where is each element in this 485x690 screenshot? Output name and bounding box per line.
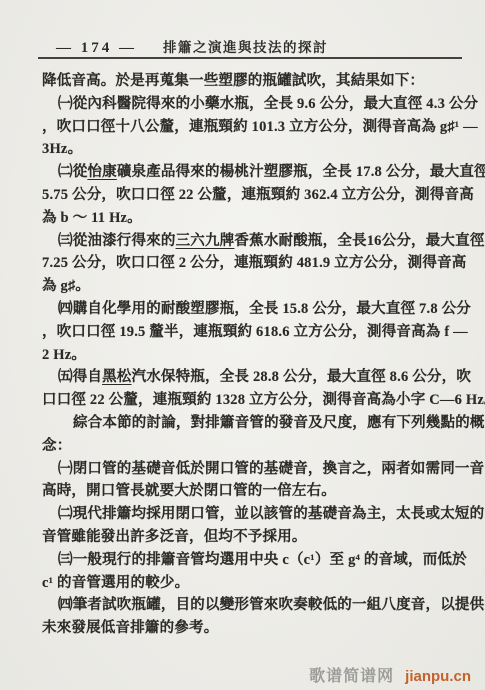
text-segment: 為 b ～ 11 Hz。 (42, 210, 142, 226)
watermark-site-url: jianpu.cn (405, 668, 471, 685)
text-segment: ，吹口口徑十八公釐，連瓶頸約 101.3 立方公分，測得音高為 g♯¹ — (42, 119, 478, 135)
text-line: ㈢一般現行的排簫音管均選用中央 c（c¹）至 g⁴ 的音域，而低於 (42, 549, 454, 572)
page-header: — 174 — 排簫之演進與技法的探討 (56, 36, 461, 57)
text-line: c¹ 的音管選用的較少。 (42, 572, 454, 595)
text-segment: 音管雖能發出許多泛音，但均不予採用。 (42, 529, 307, 545)
text-line: ㈠閉口管的基礎音低於開口管的基礎音，換言之，兩者如需同一音 (42, 458, 454, 481)
page-number: — 174 — (56, 40, 137, 57)
text-line: 為 g♯。 (42, 275, 454, 298)
text-line: 降低音高。於是再蒐集一些塑膠的瓶罐試吹，其結果如下： (42, 70, 454, 93)
text-segment: ，吹口口徑 19.5 釐半，連瓶頸約 618.6 立方公分，測得音高為 f — (42, 324, 468, 340)
text-line: 5.75 公分，吹口口徑 22 公釐，連瓶頸約 362.4 立方公分，測得音高 (42, 184, 454, 207)
text-segment: 降低音高。於是再蒐集一些塑膠的瓶罐試吹，其結果如下： (42, 73, 424, 89)
text-line: ，吹口口徑 19.5 釐半，連瓶頸約 618.6 立方公分，測得音高為 f — (42, 321, 454, 344)
text-segment: ㈠從內科醫院得來的小藥水瓶，全長 9.6 公分，最大直徑 4.3 公分 (58, 96, 478, 112)
text-line: ，吹口口徑十八公釐，連瓶頸約 101.3 立方公分，測得音高為 g♯¹ — (42, 116, 454, 139)
text-segment: 綜合本節的討論，對排簫音管的發音及尺度，應有下列幾點的概 (73, 415, 485, 431)
text-segment: 高時，開口管長就要大於閉口管的一倍左右。 (42, 483, 336, 499)
header-rule (38, 57, 462, 59)
text-segment: ㈡從 (58, 164, 87, 180)
text-segment: ㈢從油漆行得來的 (58, 233, 176, 249)
text-segment: 礦泉產品得來的楊桃汁塑膠瓶，全長 17.8 公分，最大直徑 (117, 164, 485, 180)
text-segment: 口口徑 22 公釐，連瓶頸約 1328 立方公分，測得音高為小字 C—6 Hz。 (42, 392, 485, 408)
text-line: 高時，開口管長就要大於閉口管的一倍左右。 (42, 480, 454, 503)
text-segment: ㈠閉口管的基礎音低於開口管的基礎音，換言之，兩者如需同一音 (58, 461, 484, 477)
text-segment: 念： (42, 438, 71, 454)
watermark: 歌谱简谱网 jianpu.cn (309, 663, 471, 686)
text-segment: 汽水保特瓶，全長 28.8 公分，最大直徑 8.6 公分，吹 (132, 369, 472, 385)
text-line: 未來發展低音排簫的參考。 (42, 617, 454, 640)
text-line: 2 Hz。 (42, 344, 454, 367)
text-segment: 為 g♯。 (42, 278, 90, 294)
text-segment: ㈢一般現行的排簫音管均選用中央 c（c¹）至 g⁴ 的音域，而低於 (58, 552, 467, 568)
proper-noun-underline: 三六九牌 (176, 233, 235, 249)
text-segment: c¹ 的音管選用的較少。 (42, 575, 189, 591)
text-segment: 未來發展低音排簫的參考。 (42, 620, 218, 636)
text-line: ㈣筆者試吹瓶罐，目的以變形管來吹奏較低的一組八度音，以提供 (42, 594, 454, 617)
text-segment: 3Hz。 (42, 141, 82, 157)
proper-noun-underline: 怡康 (87, 164, 116, 180)
text-line: ㈣購自化學用的耐酸塑膠瓶，全長 15.8 公分，最大直徑 7.8 公分 (42, 298, 454, 321)
text-line: 念： (42, 435, 454, 458)
text-line: ㈤得自黑松汽水保特瓶，全長 28.8 公分，最大直徑 8.6 公分，吹 (42, 366, 454, 389)
text-segment: ㈣筆者試吹瓶罐，目的以變形管來吹奏較低的一組八度音，以提供 (58, 597, 484, 613)
text-segment: 5.75 公分，吹口口徑 22 公釐，連瓶頸約 362.4 立方公分，測得音高 (42, 187, 474, 203)
text-segment: ㈤得自 (58, 369, 102, 385)
text-segment: 7.25 公分，吹口口徑 2 公分，連瓶頸約 481.9 立方公分，測得音高 (42, 255, 466, 271)
book-title: 排簫之演進與技法的探討 (163, 36, 328, 56)
text-line: 為 b ～ 11 Hz。 (42, 207, 454, 230)
text-segment: ㈡現代排簫均採用閉口管，並以該管的基礎音為主，太長或太短的 (58, 506, 484, 522)
scanned-book-page: — 174 — 排簫之演進與技法的探討 降低音高。於是再蒐集一些塑膠的瓶罐試吹，… (0, 0, 485, 690)
body-lines: 降低音高。於是再蒐集一些塑膠的瓶罐試吹，其結果如下：㈠從內科醫院得來的小藥水瓶，… (42, 70, 454, 640)
text-line: 綜合本節的討論，對排簫音管的發音及尺度，應有下列幾點的概 (42, 412, 454, 435)
text-segment: ㈣購自化學用的耐酸塑膠瓶，全長 15.8 公分，最大直徑 7.8 公分 (58, 301, 471, 317)
watermark-site-name: 歌谱简谱网 (309, 668, 394, 685)
text-line: 音管雖能發出許多泛音，但均不予採用。 (42, 526, 454, 549)
text-line: 3Hz。 (42, 138, 454, 161)
text-line: 7.25 公分，吹口口徑 2 公分，連瓶頸約 481.9 立方公分，測得音高 (42, 252, 454, 275)
text-line: 口口徑 22 公釐，連瓶頸約 1328 立方公分，測得音高為小字 C—6 Hz。 (42, 389, 454, 412)
text-line: ㈠從內科醫院得來的小藥水瓶，全長 9.6 公分，最大直徑 4.3 公分 (42, 93, 454, 116)
text-line: ㈡現代排簫均採用閉口管，並以該管的基礎音為主，太長或太短的 (42, 503, 454, 526)
text-line: ㈡從怡康礦泉產品得來的楊桃汁塑膠瓶，全長 17.8 公分，最大直徑 (42, 161, 454, 184)
proper-noun-underline: 黑松 (102, 369, 131, 385)
text-line: ㈢從油漆行得來的三六九牌香蕉水耐酸瓶，全長16公分，最大直徑 (42, 230, 454, 253)
text-segment: 2 Hz。 (42, 347, 86, 363)
text-segment: 香蕉水耐酸瓶，全長16公分，最大直徑 (234, 233, 484, 249)
